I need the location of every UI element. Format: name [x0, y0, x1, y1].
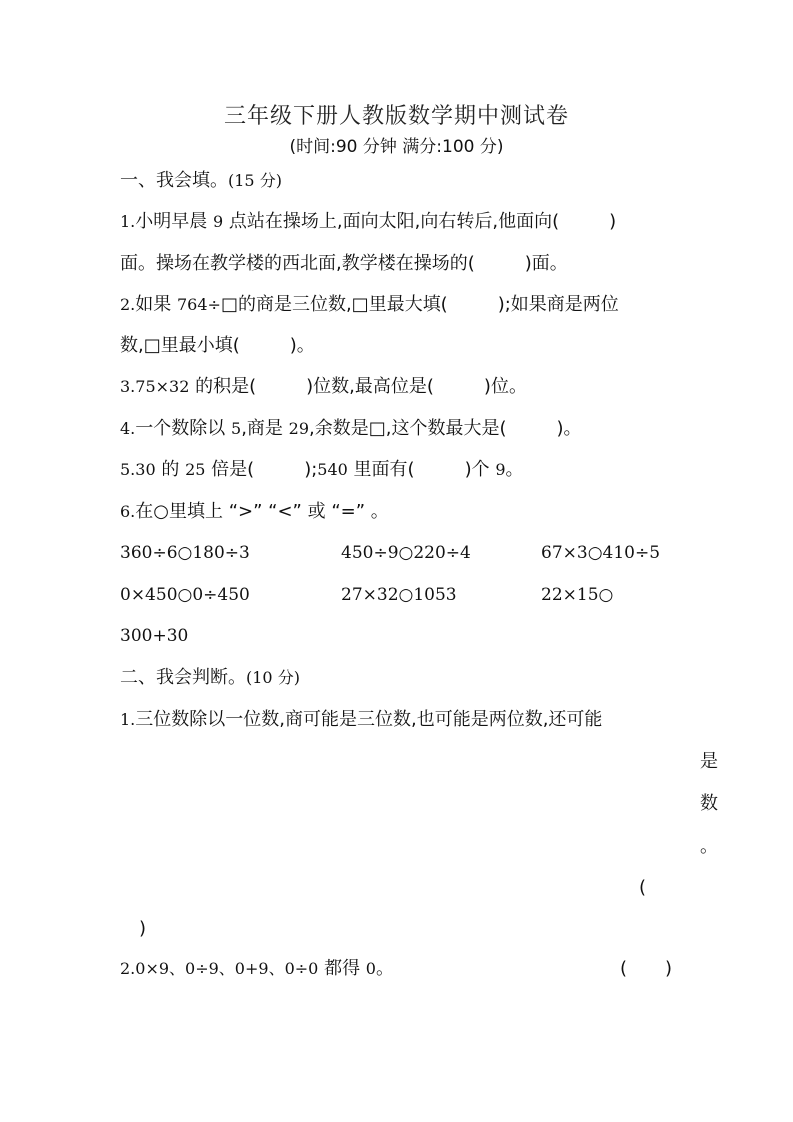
- question-number-value: 29: [289, 419, 309, 438]
- section-2-score: (10 分): [246, 668, 300, 687]
- question-text: )位。: [484, 376, 527, 397]
- question-text: 的积是(: [189, 376, 256, 397]
- question-expression: 75×32: [135, 377, 189, 396]
- question-text: )。: [290, 335, 315, 356]
- question-text: 的: [156, 459, 185, 480]
- question-1-1-line-2: 面。操场在教学楼的西北面,教学楼在操场的()面。: [120, 252, 568, 276]
- comparison-4[interactable]: 0×450○0÷450: [120, 583, 250, 607]
- exam-subtitle: (时间:90 分钟 满分:100 分): [0, 132, 793, 157]
- section-2-title: 二、我会判断。: [120, 667, 246, 688]
- question-2-2: 2.0×9、0÷9、0+9、0÷0 都得 0。: [120, 957, 394, 981]
- comparison-6[interactable]: 22×15○: [541, 583, 613, 607]
- question-1-2-line-1: 2.如果 764÷□的商是三位数,□里最大填();如果商是两位: [120, 293, 619, 317]
- question-2-1-wrap-char: 数: [700, 792, 718, 816]
- question-text: 都得: [318, 958, 365, 979]
- question-text: 一个数除以: [135, 418, 231, 439]
- question-text: );: [304, 459, 317, 480]
- question-number: 1.: [120, 212, 135, 231]
- comparison-3[interactable]: 67×3○410÷5: [541, 541, 660, 565]
- question-text: 。: [506, 459, 524, 480]
- question-number-value: 30: [135, 460, 155, 479]
- question-number: 2.: [120, 959, 135, 978]
- question-1-5: 5.30 的 25 倍是();540 里面有()个 9。: [120, 458, 524, 482]
- question-text: ,余数是□,这个数最大是(: [309, 418, 506, 439]
- section-1-heading: 一、我会填。(15 分): [120, 169, 282, 193]
- question-number: 2.: [120, 295, 135, 314]
- question-text: 。: [376, 958, 394, 979]
- question-number: 4.: [120, 419, 135, 438]
- question-text: □的商是三位数,□里最大填(: [221, 294, 448, 315]
- exam-page: 三年级下册人教版数学期中测试卷 (时间:90 分钟 满分:100 分) 一、我会…: [0, 0, 793, 1122]
- question-text: 三位数除以一位数,商可能是三位数,也可能是两位数,还可能: [135, 709, 602, 730]
- question-text: 里面有(: [348, 459, 415, 480]
- comparison-2[interactable]: 450÷9○220÷4: [341, 541, 471, 565]
- question-text: ): [609, 211, 616, 232]
- question-text: )位数,最高位是(: [306, 376, 434, 397]
- comparison-1[interactable]: 360÷6○180÷3: [120, 541, 250, 565]
- question-1-6: 6.在○里填上 “>” “<” 或 “=” 。: [120, 500, 389, 524]
- question-text: ,商是: [241, 418, 288, 439]
- question-1-1-line-1: 1.小明早晨 9 点站在操场上,面向太阳,向右转后,他面向(): [120, 210, 616, 234]
- question-text: 点站在操场上,面向太阳,向右转后,他面向(: [223, 211, 559, 232]
- question-1-4: 4.一个数除以 5,商是 29,余数是□,这个数最大是()。: [120, 417, 582, 441]
- comparison-6-continued: 300+30: [120, 624, 188, 648]
- question-2-1: 1.三位数除以一位数,商可能是三位数,也可能是两位数,还可能: [120, 708, 602, 732]
- question-text: )面。: [525, 253, 568, 274]
- question-2-1-wrap-char: 是: [700, 750, 718, 774]
- judgment-close-paren[interactable]: ): [139, 917, 146, 941]
- question-text: 数,□里最小填(: [120, 335, 240, 356]
- comparison-5[interactable]: 27×32○1053: [341, 583, 457, 607]
- question-text: 如果: [135, 294, 177, 315]
- question-number-value: 9: [213, 212, 223, 231]
- question-number-value: 25: [185, 460, 205, 479]
- question-expression: 764÷: [177, 295, 221, 314]
- question-text: )。: [556, 418, 581, 439]
- section-1-title: 一、我会填。: [120, 170, 228, 191]
- question-text: )个: [465, 459, 496, 480]
- question-text: 倍是(: [205, 459, 254, 480]
- section-1-score: (15 分): [228, 171, 282, 190]
- question-number-value: 5: [231, 419, 241, 438]
- question-number: 5.: [120, 460, 135, 479]
- question-text: 小明早晨: [135, 211, 213, 232]
- question-number-value: 0: [366, 959, 376, 978]
- question-1-3: 3.75×32 的积是()位数,最高位是()位。: [120, 375, 527, 399]
- question-text: 在○里填上 “>” “<” 或 “=” 。: [135, 501, 389, 522]
- question-number-value: 540: [317, 460, 348, 479]
- question-text: 面。操场在教学楼的西北面,教学楼在操场的(: [120, 253, 475, 274]
- question-number: 1.: [120, 710, 135, 729]
- judgment-close-paren[interactable]: ): [665, 957, 672, 981]
- question-2-1-wrap-char: 。: [700, 835, 718, 859]
- judgment-open-paren[interactable]: (: [639, 876, 646, 900]
- question-text: );如果商是两位: [498, 294, 619, 315]
- question-1-2-line-2: 数,□里最小填()。: [120, 334, 315, 358]
- question-expression: 0×9、0÷9、0+9、0÷0: [135, 959, 318, 978]
- page-title: 三年级下册人教版数学期中测试卷: [0, 99, 793, 130]
- question-number: 6.: [120, 502, 135, 521]
- judgment-open-paren[interactable]: (: [620, 957, 627, 981]
- question-number: 3.: [120, 377, 135, 396]
- question-number-value: 9: [495, 460, 505, 479]
- section-2-heading: 二、我会判断。(10 分): [120, 666, 300, 690]
